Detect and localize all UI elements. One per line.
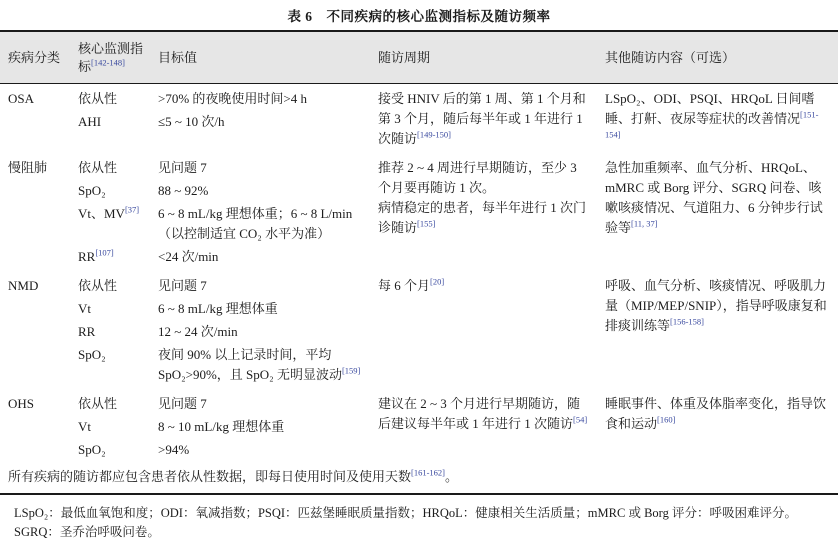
followup-table: 疾病分类核心监测指标[142-148]目标值随访周期其他随访内容（可选） OSA…: [0, 30, 838, 495]
followup-paragraph: 每 6 个月[20]: [378, 276, 593, 296]
indicator-target-list: 依从性见问题 7SpO₂88 ~ 92%Vt、MV[37]6 ~ 8 mL/kg…: [78, 158, 378, 267]
column-header-text: 核心监测指标[142-148]: [78, 40, 150, 76]
reference-superscript: [54]: [573, 415, 587, 425]
followup-paragraph: 推荐 2 ~ 4 周进行早期随访，至少 3 个月要再随访 1 次。: [378, 158, 593, 198]
followup-paragraph: 接受 HNIV 后的第 1 周、第 1 个月和第 3 个月，随后每半年或 1 年…: [378, 89, 593, 149]
indicator-name: Vt: [78, 417, 158, 437]
column-header-text: 随访周期: [378, 50, 430, 65]
other-followup-content: 急性加重频率、血气分析、HRQoL、mMRC 或 Borg 评分、SGRQ 问卷…: [605, 158, 830, 267]
other-followup-content: 睡眠事件、体重及体脂率变化，指导饮食和运动[160]: [605, 394, 830, 460]
indicator-name: 依从性: [78, 158, 158, 178]
indicator-name: Vt、MV[37]: [78, 204, 158, 244]
target-value: 见问题 7: [158, 394, 378, 414]
column-header-0: 疾病分类: [8, 49, 78, 67]
target-value: 6 ~ 8 mL/kg 理想体重: [158, 299, 378, 319]
indicator-name: 依从性: [78, 276, 158, 296]
indicator-name: SpO₂: [78, 181, 158, 201]
target-value: <24 次/min: [158, 247, 378, 267]
target-value: 见问题 7: [158, 276, 378, 296]
reference-superscript: [160]: [657, 415, 675, 425]
indicator-name: RR[107]: [78, 247, 158, 267]
reference-superscript: [151-154]: [605, 110, 818, 140]
indicator-target-list: 依从性>70% 的夜晚使用时间>4 hAHI≤5 ~ 10 次/h: [78, 89, 378, 149]
other-followup-content: LSpO₂、ODI、PSQI、HRQoL 日间嗜睡、打鼾、夜尿等症状的改善情况[…: [605, 89, 830, 149]
reference-superscript: [156-158]: [670, 317, 704, 327]
followup-paragraph: 建议在 2 ~ 3 个月进行早期随访，随后建议每半年或 1 年进行 1 次随访[…: [378, 394, 593, 434]
column-header-3: 随访周期: [378, 49, 605, 67]
disease-name: OSA: [8, 89, 78, 149]
column-header-text: 目标值: [158, 50, 197, 65]
column-header-text: 其他随访内容（可选）: [605, 50, 735, 65]
target-value: 8 ~ 10 mL/kg 理想体重: [158, 417, 378, 437]
followup-paragraph: 病情稳定的患者，每半年进行 1 次门诊随访[155]: [378, 198, 593, 238]
reference-superscript: [155]: [417, 219, 435, 229]
followup-cycle: 每 6 个月[20]: [378, 276, 605, 385]
target-value: >94%: [158, 440, 378, 460]
indicator-target-list: 依从性见问题 7Vt8 ~ 10 mL/kg 理想体重SpO₂>94%: [78, 394, 378, 460]
target-value: ≤5 ~ 10 次/h: [158, 112, 378, 132]
table-row-group: NMD依从性见问题 7Vt6 ~ 8 mL/kg 理想体重RR12 ~ 24 次…: [0, 271, 838, 389]
table-row-group: 慢阻肺依从性见问题 7SpO₂88 ~ 92%Vt、MV[37]6 ~ 8 mL…: [0, 153, 838, 271]
disease-name: 慢阻肺: [8, 158, 78, 267]
indicator-name: RR: [78, 322, 158, 342]
column-header-1: 核心监测指标[142-148]: [78, 40, 158, 76]
abbreviation-footnote: LSpO₂：最低血氧饱和度；ODI：氧减指数；PSQI：匹兹堡睡眠质量指数；HR…: [0, 495, 838, 542]
reference-superscript: [161-162]: [411, 468, 445, 478]
reference-superscript: [107]: [95, 248, 113, 258]
column-header-4: 其他随访内容（可选）: [605, 49, 830, 67]
target-value: 6 ~ 8 mL/kg 理想体重；6 ~ 8 L/min（以控制适宜 CO₂ 水…: [158, 204, 378, 244]
indicator-name: AHI: [78, 112, 158, 132]
target-value: >70% 的夜晚使用时间>4 h: [158, 89, 378, 109]
document-page: 表 6 不同疾病的核心监测指标及随访频率 疾病分类核心监测指标[142-148]…: [0, 0, 838, 549]
indicator-name: SpO₂: [78, 440, 158, 460]
table-body: OSA依从性>70% 的夜晚使用时间>4 hAHI≤5 ~ 10 次/h接受 H…: [0, 84, 838, 464]
target-value: 12 ~ 24 次/min: [158, 322, 378, 342]
indicator-name: SpO₂: [78, 345, 158, 385]
reference-superscript: [20]: [430, 277, 444, 287]
reference-superscript: [11, 37]: [631, 219, 658, 229]
disease-name: NMD: [8, 276, 78, 385]
indicator-name: 依从性: [78, 394, 158, 414]
indicator-target-list: 依从性见问题 7Vt6 ~ 8 mL/kg 理想体重RR12 ~ 24 次/mi…: [78, 276, 378, 385]
table-row-group: OHS依从性见问题 7Vt8 ~ 10 mL/kg 理想体重SpO₂>94%建议…: [0, 389, 838, 464]
indicator-name: 依从性: [78, 89, 158, 109]
target-value: 见问题 7: [158, 158, 378, 178]
other-followup-content: 呼吸、血气分析、咳痰情况、呼吸肌力量（MIP/MEP/SNIP），指导呼吸康复和…: [605, 276, 830, 385]
followup-cycle: 建议在 2 ~ 3 个月进行早期随访，随后建议每半年或 1 年进行 1 次随访[…: [378, 394, 605, 460]
indicator-name: Vt: [78, 299, 158, 319]
target-value: 88 ~ 92%: [158, 181, 378, 201]
reference-superscript: [37]: [125, 205, 139, 215]
reference-superscript: [142-148]: [91, 57, 125, 67]
target-value: 夜间 90% 以上记录时间，平均 SpO₂>90%，且 SpO₂ 无明显波动[1…: [158, 345, 378, 385]
table-title: 表 6 不同疾病的核心监测指标及随访频率: [0, 0, 838, 30]
column-header-2: 目标值: [158, 49, 378, 67]
reference-superscript: [149-150]: [417, 130, 451, 140]
table-footer-note: 所有疾病的随访都应包含患者依从性数据，即每日使用时间及使用天数[161-162]…: [0, 464, 838, 493]
table-header-row: 疾病分类核心监测指标[142-148]目标值随访周期其他随访内容（可选）: [0, 32, 838, 84]
followup-cycle: 接受 HNIV 后的第 1 周、第 1 个月和第 3 个月，随后每半年或 1 年…: [378, 89, 605, 149]
disease-name: OHS: [8, 394, 78, 460]
column-header-text: 疾病分类: [8, 50, 60, 65]
table-row-group: OSA依从性>70% 的夜晚使用时间>4 hAHI≤5 ~ 10 次/h接受 H…: [0, 84, 838, 153]
reference-superscript: [159]: [342, 366, 360, 376]
followup-cycle: 推荐 2 ~ 4 周进行早期随访，至少 3 个月要再随访 1 次。病情稳定的患者…: [378, 158, 605, 267]
